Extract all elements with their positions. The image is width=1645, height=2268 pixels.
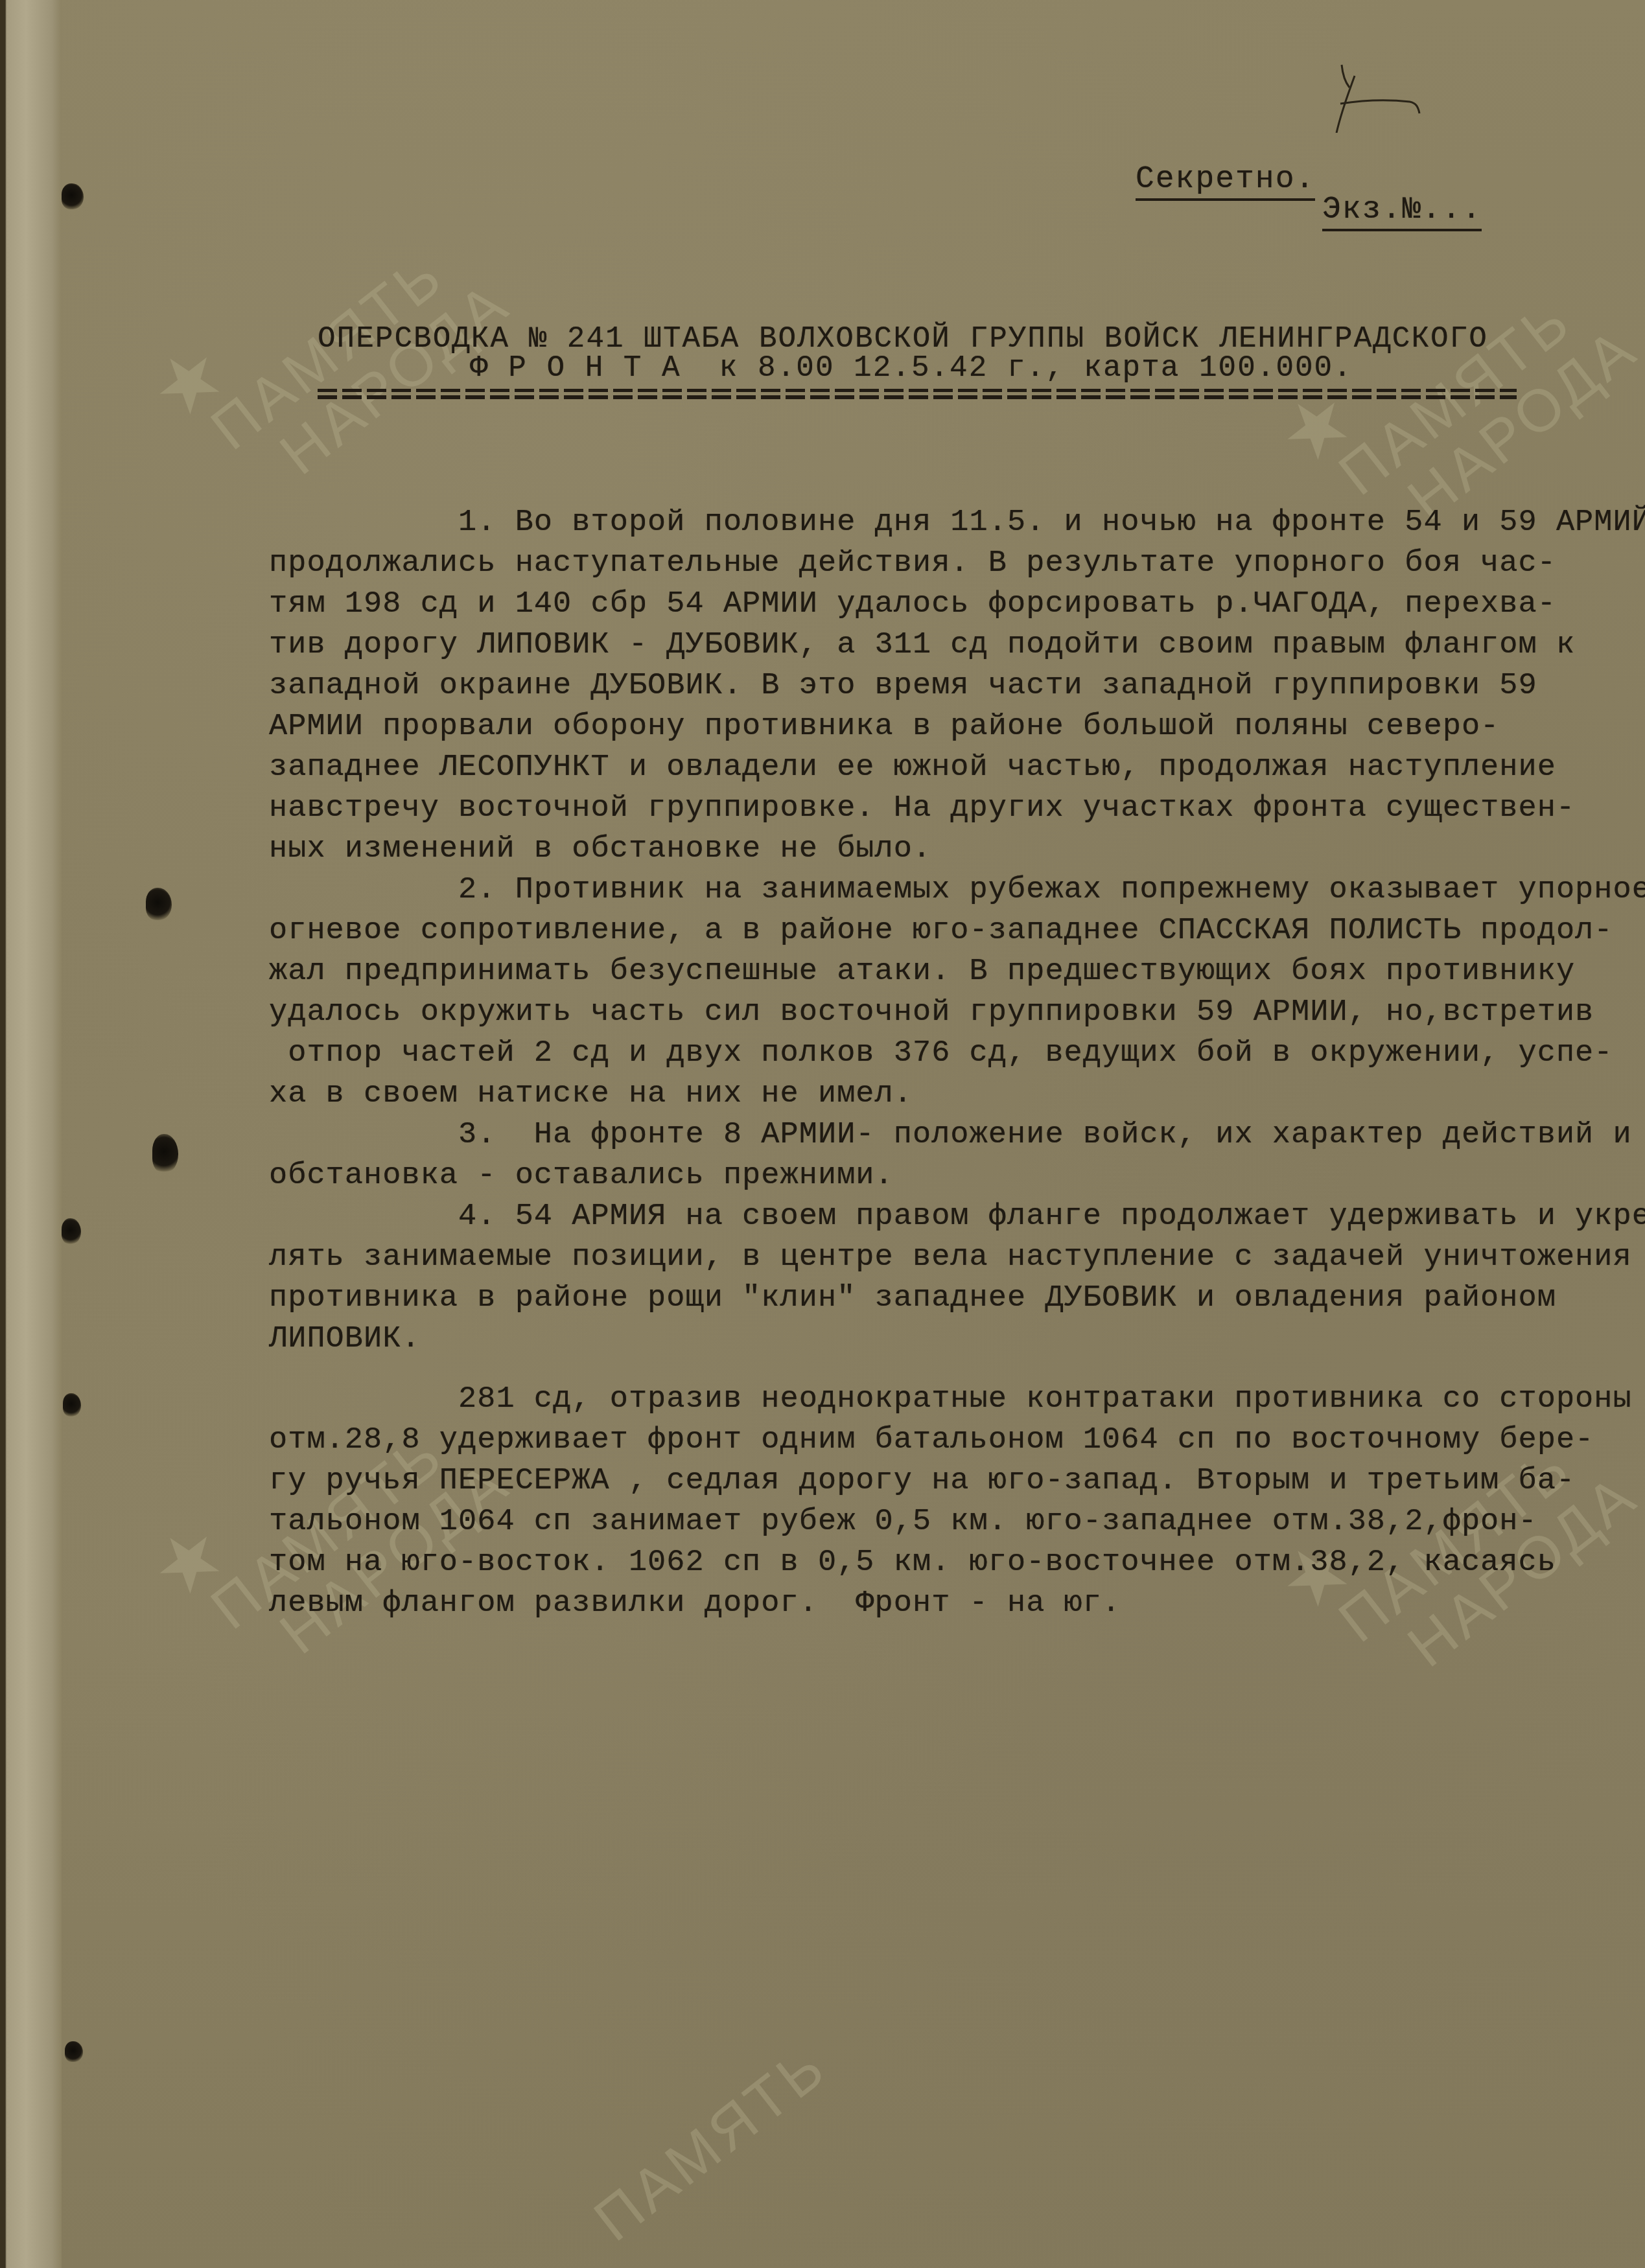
body-line: том на юго-восток. 1062 сп в 0,5 км. юго…: [269, 1542, 1578, 1583]
body-line: ха в своем натиске на них не имел.: [269, 1074, 1578, 1115]
body-line: 281 сд, отразив неоднократные контратаки…: [269, 1379, 1578, 1420]
body-line: жал предпринимать безуспешные атаки. В п…: [269, 951, 1578, 992]
binding-strip: [0, 0, 62, 2268]
body-line: лять занимаемые позиции, в центре вела н…: [269, 1237, 1578, 1278]
body-line: 2. Противник на занимаемых рубежах попре…: [269, 870, 1578, 910]
body-line: отпор частей 2 сд и двух полков 376 сд, …: [269, 1033, 1578, 1074]
document-title-line-2: Ф Р О Н Т А к 8.00 12.5.42 г., карта 100…: [470, 351, 1353, 385]
body-line: гу ручья ПЕРЕСЕРЖА , седлая дорогу на юг…: [269, 1461, 1578, 1501]
document-body: 1. Во второй половине дня 11.5. и ночью …: [269, 502, 1578, 1624]
body-line: ных изменений в обстановке не было.: [269, 829, 1578, 870]
punch-hole: [62, 1218, 81, 1244]
punch-hole: [62, 183, 84, 209]
body-line: западной окраине ДУБОВИК. В это время ча…: [269, 665, 1578, 706]
watermark-pamyat-naroda: ПАМЯТЬ: [583, 2034, 838, 2252]
copy-number-label: Экз.№...: [1322, 192, 1482, 231]
document-page: ★ ПАМЯТЬ НАРОДА ★ ПАМЯТЬ НАРОДА ★ ПАМЯТЬ…: [0, 0, 1645, 2268]
body-line: 1. Во второй половине дня 11.5. и ночью …: [269, 502, 1578, 543]
punch-hole: [152, 1134, 178, 1173]
body-line: тальоном 1064 сп занимает рубеж 0,5 км. …: [269, 1501, 1578, 1542]
body-line: 3. На фронте 8 АРМИИ- положение войск, и…: [269, 1115, 1578, 1155]
body-line: тив дорогу ЛИПОВИК - ДУБОВИК, а 311 сд п…: [269, 625, 1578, 665]
body-line: противника в районе рощи "клин" западнее…: [269, 1278, 1578, 1319]
body-line: удалось окружить часть сил восточной гру…: [269, 992, 1578, 1033]
body-line: продолжались наступательные действия. В …: [269, 543, 1578, 584]
punch-hole: [63, 1393, 81, 1417]
body-line: ЛИПОВИК.: [269, 1319, 1578, 1360]
handwritten-page-number: [1329, 55, 1426, 133]
body-line: 4. 54 АРМИЯ на своем правом фланге продо…: [269, 1196, 1578, 1237]
body-line: тям 198 сд и 140 сбр 54 АРМИИ удалось фо…: [269, 584, 1578, 625]
body-line: АРМИИ прорвали оборону противника в райо…: [269, 706, 1578, 747]
body-line: навстречу восточной группировке. На друг…: [269, 788, 1578, 829]
body-line: левым флангом развилки дорог. Фронт - на…: [269, 1583, 1578, 1624]
punch-hole: [146, 888, 172, 920]
body-line: отм.28,8 удерживает фронт одним батальон…: [269, 1420, 1578, 1461]
classification-label: Секретно.: [1136, 162, 1315, 201]
body-line: огневое сопротивление, а в районе юго-за…: [269, 910, 1578, 951]
title-separator: [318, 389, 1517, 399]
punch-hole: [65, 2041, 83, 2062]
body-line: западнее ЛЕСОПУНКТ и овладели ее южной ч…: [269, 747, 1578, 788]
body-line: обстановка - оставались прежними.: [269, 1155, 1578, 1196]
